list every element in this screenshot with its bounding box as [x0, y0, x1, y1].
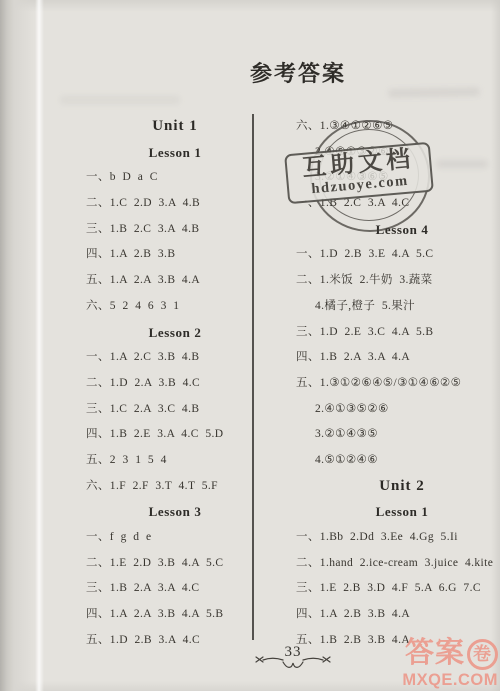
answer-row: 六、5 2 4 6 3 1: [86, 294, 252, 320]
column-divider: [252, 114, 254, 640]
answer-row: 五、1.D 2.B 3.A 4.C: [86, 628, 252, 654]
brand-logo: 答案卷: [402, 639, 498, 670]
answers-left-column: Unit 1Lesson 1一、b D a C二、1.C 2.D 3.A 4.B…: [86, 114, 252, 653]
answer-row: Lesson 2: [86, 320, 252, 346]
brand-circle-glyph: 卷: [467, 639, 498, 670]
answer-row: Lesson 3: [86, 499, 252, 525]
answer-row: 三、1.C 2.A 3.C 4.B: [86, 397, 252, 423]
page-number: 33: [250, 644, 336, 661]
answer-row: 4.⑤①②④⑥: [296, 448, 496, 474]
answer-row: 二、1.C 2.D 3.A 4.B: [86, 191, 252, 217]
answer-row: 五、1.③①②⑥④⑤/③①④⑥②⑤: [296, 371, 496, 397]
answer-row: 一、1.Bb 2.Dd 3.Ee 4.Gg 5.Ii: [296, 525, 496, 551]
answer-row: 五、2 3 1 5 4: [86, 448, 252, 474]
answer-row: Unit 2: [296, 474, 496, 500]
answer-row: 四、1.A 2.B 3.B: [86, 242, 252, 268]
brand-logo-text: 答案: [405, 637, 465, 669]
answer-row: 四、1.A 2.A 3.B 4.A 5.B: [86, 602, 252, 628]
scanned-answer-page: 参考答案 Unit 1Lesson 1一、b D a C二、1.C 2.D 3.…: [0, 0, 500, 691]
answer-row: Lesson 1: [296, 499, 496, 525]
answer-row: 一、b D a C: [86, 165, 252, 191]
answer-row: 二、1.E 2.D 3.B 4.A 5.C: [86, 551, 252, 577]
answer-row: 四、1.B 2.E 3.A 4.C 5.D: [86, 422, 252, 448]
answer-row: 二、1.hand 2.ice-cream 3.juice 4.kite: [296, 551, 496, 577]
bleedthrough-smudge: [388, 87, 480, 98]
answer-row: 2.④①③⑤②⑥: [296, 397, 496, 423]
brand-watermark: 答案卷 MXQE.COM: [402, 639, 498, 689]
answer-row: 五、1.A 2.A 3.B 4.A: [86, 268, 252, 294]
page-number-area: 33: [250, 644, 336, 674]
answer-row: 六、1.F 2.F 3.T 4.T 5.F: [86, 474, 252, 500]
answer-row: 4.橘子,橙子 5.果汁: [296, 294, 496, 320]
answer-row: 二、1.米饭 2.牛奶 3.蔬菜: [296, 268, 496, 294]
answer-row: 三、1.E 2.B 3.D 4.F 5.A 6.G 7.C: [296, 576, 496, 602]
answer-row: 一、1.A 2.C 3.B 4.B: [86, 345, 252, 371]
answer-row: 3.②①④③⑤: [296, 422, 496, 448]
answer-row: 三、1.D 2.E 3.C 4.A 5.B: [296, 320, 496, 346]
answer-row: 三、1.B 2.A 3.A 4.C: [86, 576, 252, 602]
answer-row: Lesson 1: [86, 140, 252, 166]
answer-row: 一、1.D 2.B 3.E 4.A 5.C: [296, 242, 496, 268]
brand-site-url: MXQE.COM: [402, 672, 498, 689]
page-title: 参考答案: [250, 57, 346, 88]
answer-row: 四、1.A 2.B 3.B 4.A: [296, 602, 496, 628]
answer-row: 四、1.B 2.A 3.A 4.A: [296, 345, 496, 371]
answer-row: Unit 1: [86, 114, 252, 140]
answer-row: 二、1.D 2.A 3.B 4.C: [86, 371, 252, 397]
bleedthrough-smudge: [60, 96, 180, 104]
answer-row: 一、f g d e: [86, 525, 252, 551]
answer-row: 三、1.B 2.C 3.A 4.B: [86, 217, 252, 243]
